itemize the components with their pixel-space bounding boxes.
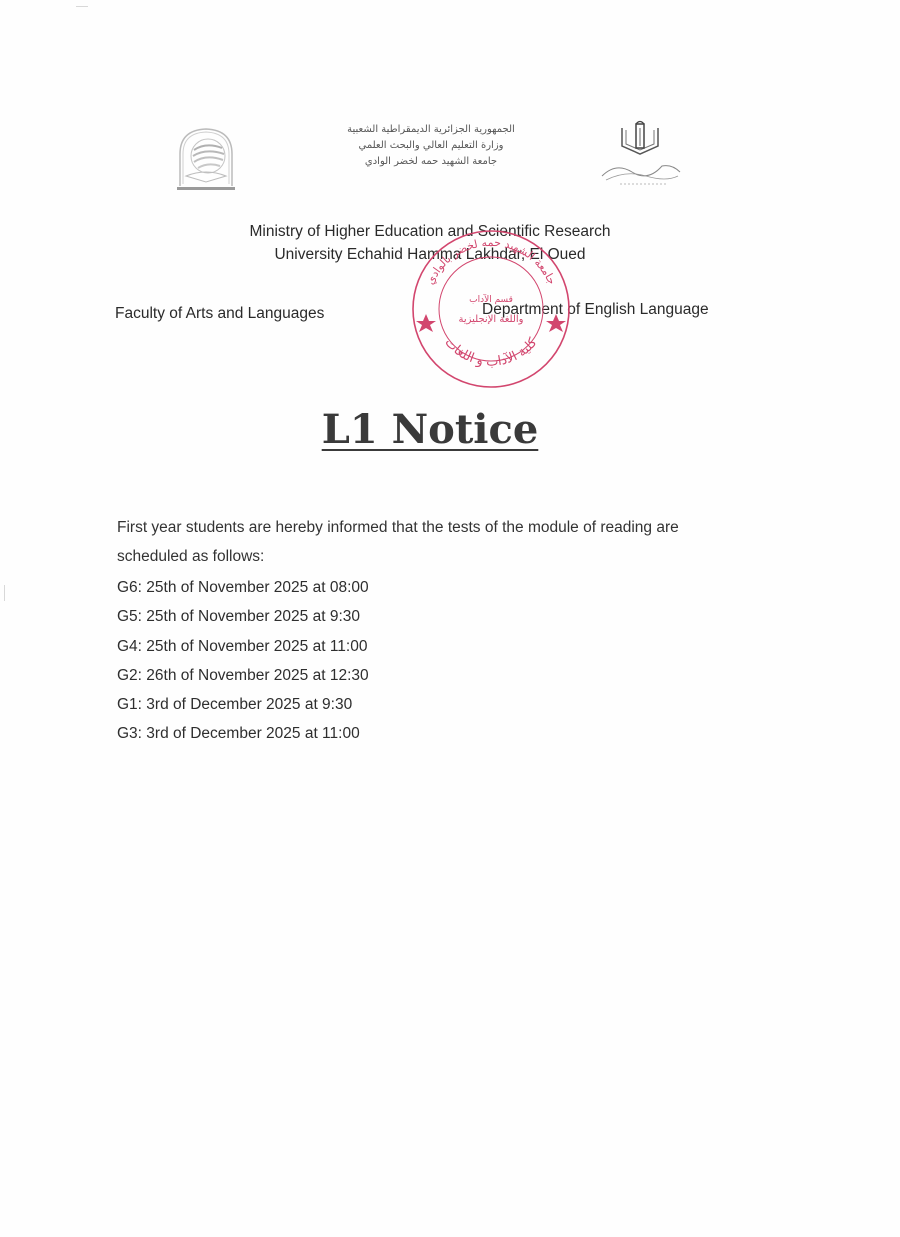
notice-intro: First year students are hereby informed …	[117, 513, 737, 571]
notice-title: L1 Notice	[300, 404, 560, 456]
schedule-item: G2: 26th of November 2025 at 12:30	[117, 661, 369, 690]
arabic-header: الجمهورية الجزائرية الديمقراطية الشعبية …	[300, 122, 562, 170]
schedule-list: G6: 25th of November 2025 at 08:00 G5: 2…	[117, 573, 369, 749]
schedule-item: G1: 3rd of December 2025 at 9:30	[117, 690, 369, 719]
notice-title-text: L1 Notice	[322, 406, 539, 453]
schedule-item: G6: 25th of November 2025 at 08:00	[117, 573, 369, 602]
university-logo-icon	[172, 124, 240, 194]
scan-mark	[76, 6, 88, 7]
scan-mark	[4, 585, 5, 601]
arabic-line-ministry: وزارة التعليم العالي والبحث العلمي	[300, 138, 562, 154]
university-name: University Echahid Hamma Lakhdar, El Oue…	[200, 243, 660, 266]
star-icon	[416, 314, 436, 332]
faculty-name: Faculty of Arts and Languages	[115, 305, 324, 323]
schedule-item: G3: 3rd of December 2025 at 11:00	[117, 719, 369, 748]
schedule-item: G4: 25th of November 2025 at 11:00	[117, 632, 369, 661]
document-page: الجمهورية الجزائرية الديمقراطية الشعبية …	[0, 0, 900, 1237]
faculty-logo-icon	[596, 120, 684, 190]
svg-text:كلية الآداب و اللغات: كلية الآداب و اللغات	[441, 335, 541, 370]
ministry-name: Ministry of Higher Education and Scienti…	[200, 220, 660, 243]
arabic-line-university: جامعة الشهيد حمه لخضر الوادي	[300, 154, 562, 170]
department-name: Department of English Language	[482, 301, 709, 319]
institution-header: Ministry of Higher Education and Scienti…	[200, 220, 660, 266]
arabic-line-republic: الجمهورية الجزائرية الديمقراطية الشعبية	[300, 122, 562, 138]
stamp-bottom-text: كلية الآداب و اللغات	[441, 335, 541, 370]
schedule-item: G5: 25th of November 2025 at 9:30	[117, 602, 369, 631]
